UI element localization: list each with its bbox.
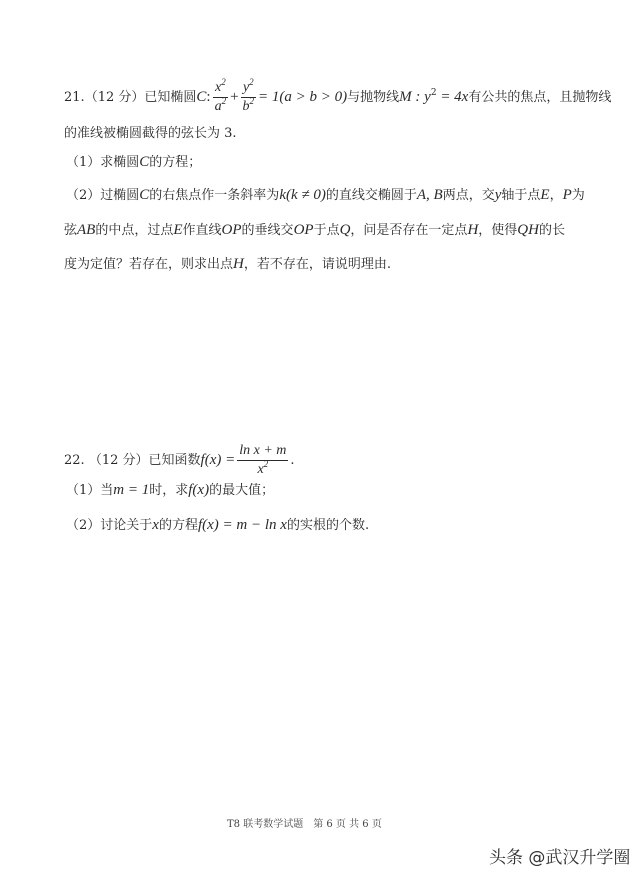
frac-den: b bbox=[243, 99, 250, 114]
text: 于点 bbox=[314, 223, 340, 238]
var: OP bbox=[222, 222, 242, 238]
text: 弦 bbox=[64, 223, 77, 238]
text: 的长 bbox=[539, 223, 565, 238]
watermark: 头条 @武汉升学圈 bbox=[489, 843, 630, 868]
ellipse-var: C bbox=[196, 89, 206, 105]
text: （1）当 bbox=[66, 483, 113, 498]
q22-line-1: 22. （12 分）已知函数f(x) =ln x + mx2. bbox=[64, 443, 295, 478]
parabola-var: M : y bbox=[399, 89, 431, 105]
sup: 2 bbox=[264, 459, 269, 469]
text: 的垂线交 bbox=[242, 223, 294, 238]
q21-part-2: （2）过椭圆C的右焦点作一条斜率为k(k ≠ 0)的直线交椭圆于A, B两点，交… bbox=[66, 188, 585, 203]
var: QH bbox=[517, 222, 539, 238]
var: m = 1 bbox=[113, 482, 149, 498]
q21-part-1: （1）求椭圆C的方程； bbox=[66, 155, 201, 170]
q21-number: 21. bbox=[64, 90, 85, 105]
sup: 2 bbox=[250, 96, 255, 106]
var: x bbox=[152, 517, 159, 533]
text: 的直线交椭圆于 bbox=[326, 188, 417, 203]
page-footer: T8 联考数学试题 第 6 页 共 6 页 bbox=[227, 815, 382, 830]
period: . bbox=[290, 453, 294, 468]
colon: : bbox=[206, 89, 210, 105]
var: f(x) bbox=[188, 482, 209, 498]
function-def: f(x) = bbox=[201, 452, 236, 468]
frac-den: a bbox=[215, 99, 222, 114]
text: 的最大值； bbox=[209, 483, 274, 498]
text: 为 bbox=[572, 188, 585, 203]
text: ，若不存在，请说明理由. bbox=[244, 257, 391, 272]
q21-points: （12 分） bbox=[85, 90, 145, 105]
q21-line-5: 弦AB的中点，过点E作直线OP的垂线交OP于点Q，问是否存在一定点H，使得QH的… bbox=[64, 223, 565, 238]
text: ，问是否存在一定点 bbox=[350, 223, 467, 238]
q21-mid: 与抛物线 bbox=[347, 90, 399, 105]
text: ， bbox=[550, 188, 563, 203]
var: H bbox=[467, 222, 478, 238]
parabola-rest: = 4x bbox=[437, 89, 469, 105]
var: H bbox=[233, 256, 244, 272]
var: E bbox=[540, 187, 549, 203]
q22-part-1: （1）当m = 1时，求f(x)的最大值； bbox=[66, 483, 274, 498]
text: 的方程 bbox=[159, 518, 198, 533]
q22-intro: 已知函数 bbox=[149, 453, 201, 468]
var: Q bbox=[340, 222, 351, 238]
var: f(x) = m − ln x bbox=[198, 517, 287, 533]
fraction-x-a: x2a2 bbox=[213, 80, 229, 115]
text: （1）求椭圆 bbox=[66, 155, 139, 170]
q21-tail: 有公共的焦点，且抛物线 bbox=[468, 90, 611, 105]
q21-line2-text: 的准线被椭圆截得的弦长为 3. bbox=[64, 126, 237, 141]
q21-line-1: 21.（12 分）已知椭圆C:x2a2+y2b2= 1(a > b > 0)与抛… bbox=[64, 80, 611, 115]
text: （2）讨论关于 bbox=[66, 518, 152, 533]
text: 轴于点 bbox=[501, 188, 540, 203]
text: 的中点，过点 bbox=[95, 223, 173, 238]
var: A, B bbox=[417, 187, 443, 203]
text: 的实根的个数. bbox=[287, 518, 369, 533]
text: 的右焦点作一条斜率为 bbox=[149, 188, 279, 203]
text: ，使得 bbox=[478, 223, 517, 238]
q22-points: （12 分） bbox=[89, 453, 149, 468]
var: E bbox=[173, 222, 182, 238]
q21-line-2: 的准线被椭圆截得的弦长为 3. bbox=[64, 127, 237, 140]
text: 两点，交 bbox=[443, 188, 495, 203]
text: 的方程； bbox=[149, 155, 201, 170]
fraction-lnx-m: ln x + mx2 bbox=[237, 443, 288, 478]
sup: 2 bbox=[249, 77, 254, 87]
var: OP bbox=[294, 222, 314, 238]
var: P bbox=[563, 187, 572, 203]
text: 作直线 bbox=[183, 223, 222, 238]
q21-line-6: 度为定值？若存在，则求出点H，若不存在，请说明理由. bbox=[64, 257, 391, 272]
text: 时，求 bbox=[149, 483, 188, 498]
sup: 2 bbox=[222, 96, 227, 106]
q22-part-2: （2）讨论关于x的方程f(x) = m − ln x的实根的个数. bbox=[66, 518, 369, 533]
var: k(k ≠ 0) bbox=[279, 187, 326, 203]
plus: + bbox=[230, 89, 238, 105]
text: （2）过椭圆 bbox=[66, 188, 139, 203]
var: C bbox=[139, 154, 149, 170]
fraction-y-b: y2b2 bbox=[241, 80, 257, 115]
equals-condition: = 1(a > b > 0) bbox=[258, 89, 347, 105]
var: C bbox=[139, 187, 149, 203]
var: AB bbox=[77, 222, 95, 238]
sup: 2 bbox=[221, 77, 226, 87]
text: 度为定值？若存在，则求出点 bbox=[64, 257, 233, 272]
q21-intro: 已知椭圆 bbox=[144, 90, 196, 105]
q22-number: 22. bbox=[64, 453, 85, 468]
